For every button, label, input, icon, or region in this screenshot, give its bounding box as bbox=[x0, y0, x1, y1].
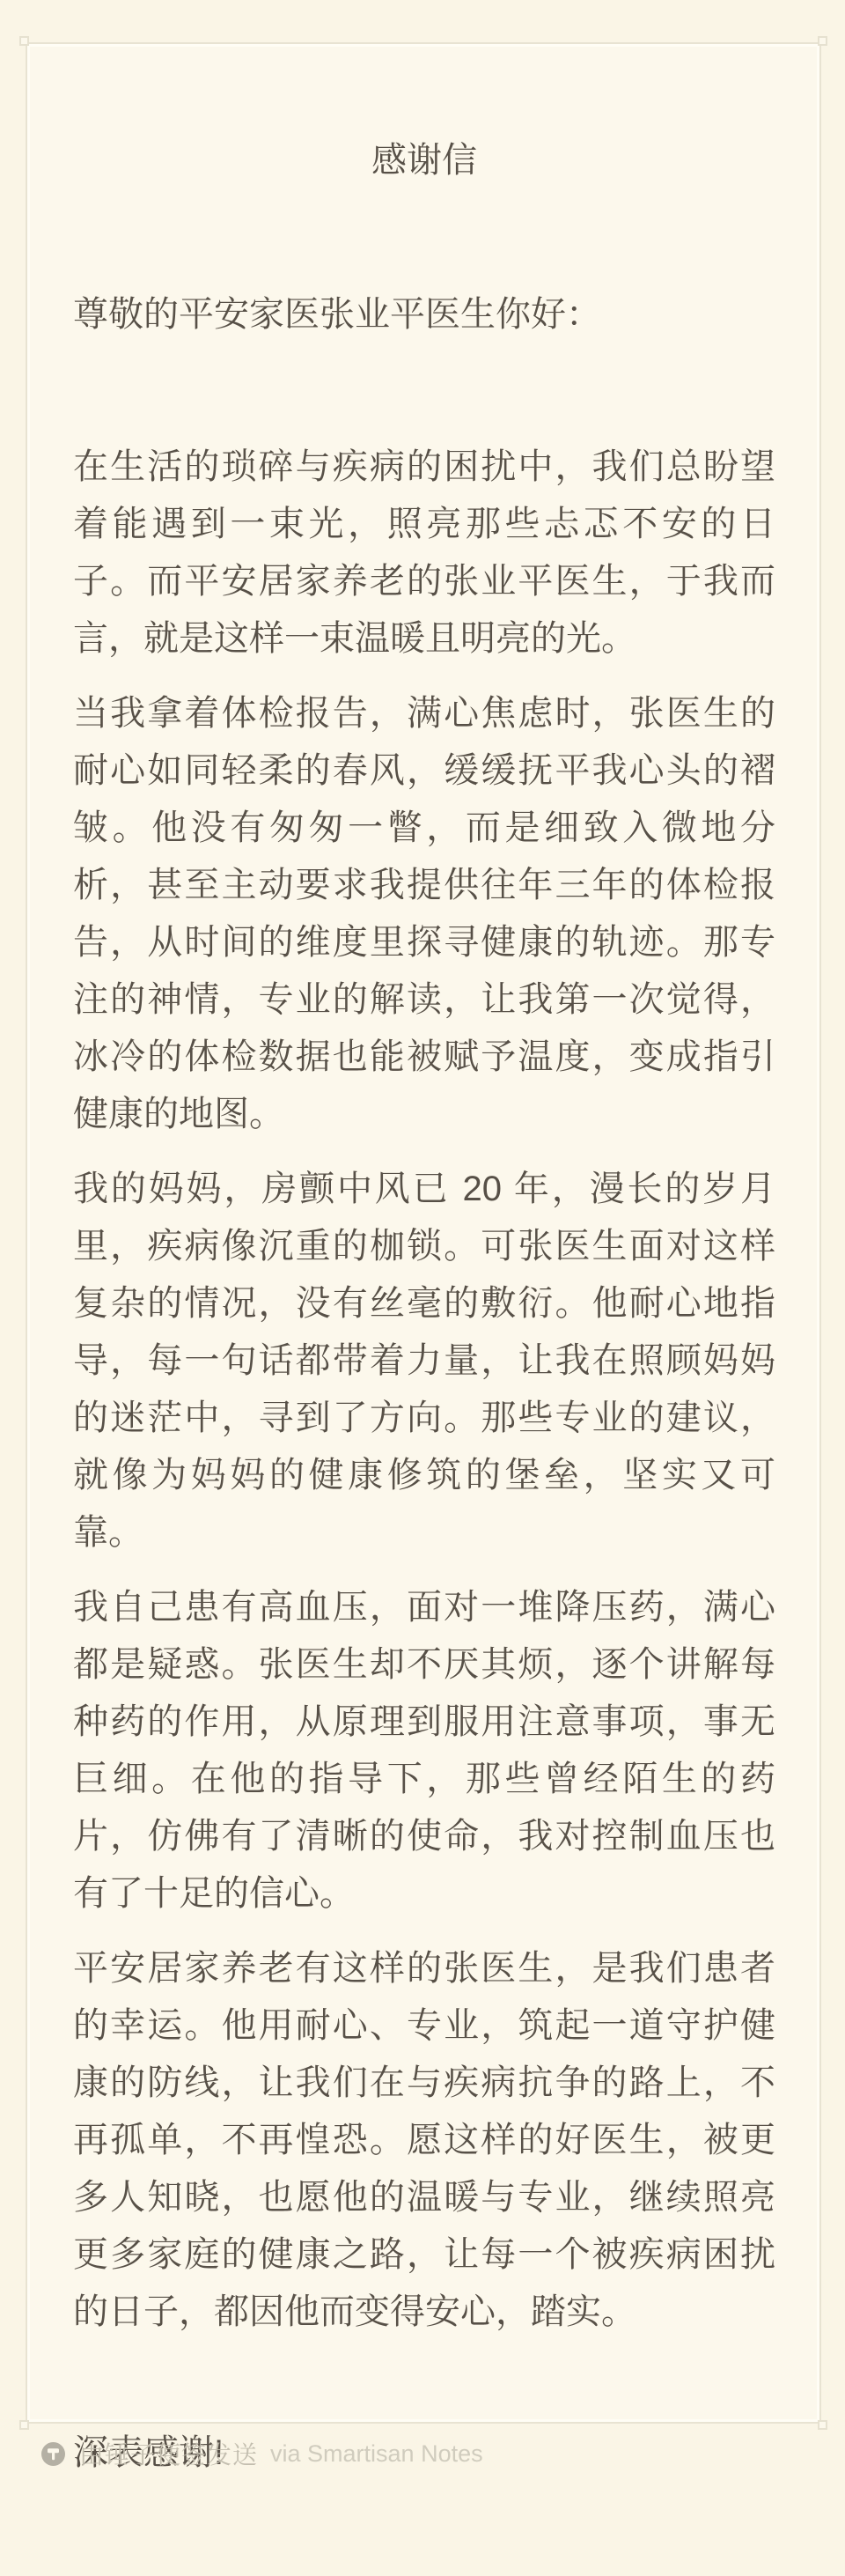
frame-corner-top-right bbox=[818, 36, 827, 46]
frame-corner-bottom-left bbox=[19, 2420, 29, 2430]
sent-via-label: 由锤子便签发送 bbox=[79, 2436, 258, 2471]
letter-paragraph: 在生活的琐碎与疾病的困扰中，我们总盼望着能遇到一束光，照亮那些忐忑不安的日子。而… bbox=[73, 439, 775, 668]
smartisan-hammer-icon bbox=[41, 2442, 65, 2466]
letter-paragraph: 平安居家养老有这样的张医生，是我们患者的幸运。他用耐心、专业，筑起一道守护健康的… bbox=[73, 1940, 775, 2341]
letter-greeting: 尊敬的平安家医张业平医生你好： bbox=[73, 286, 775, 343]
letter-paragraph: 我的妈妈，房颤中风已 20 年，漫长的岁月里，疾病像沉重的枷锁。可张医生面对这样… bbox=[73, 1161, 775, 1561]
share-footer: 由锤子便签发送 via Smartisan Notes bbox=[41, 2436, 483, 2471]
frame-corner-bottom-right bbox=[818, 2420, 827, 2430]
frame-corner-top-left bbox=[19, 36, 29, 46]
letter-paragraph: 当我拿着体检报告，满心焦虑时，张医生的耐心如同轻柔的春风，缓缓抚平我心头的褶皱。… bbox=[73, 685, 775, 1143]
via-smartisan-label: via Smartisan Notes bbox=[270, 2440, 483, 2468]
letter-paragraph: 我自己患有高血压，面对一堆降压药，满心都是疑惑。张医生却不厌其烦，逐个讲解每种药… bbox=[73, 1579, 775, 1923]
letter-title: 感谢信 bbox=[73, 132, 775, 189]
letter-body: 在生活的琐碎与疾病的困扰中，我们总盼望着能遇到一束光，照亮那些忐忑不安的日子。而… bbox=[73, 439, 775, 2341]
letter-card: 感谢信 尊敬的平安家医张业平医生你好： 在生活的琐碎与疾病的困扰中，我们总盼望着… bbox=[26, 42, 821, 2424]
